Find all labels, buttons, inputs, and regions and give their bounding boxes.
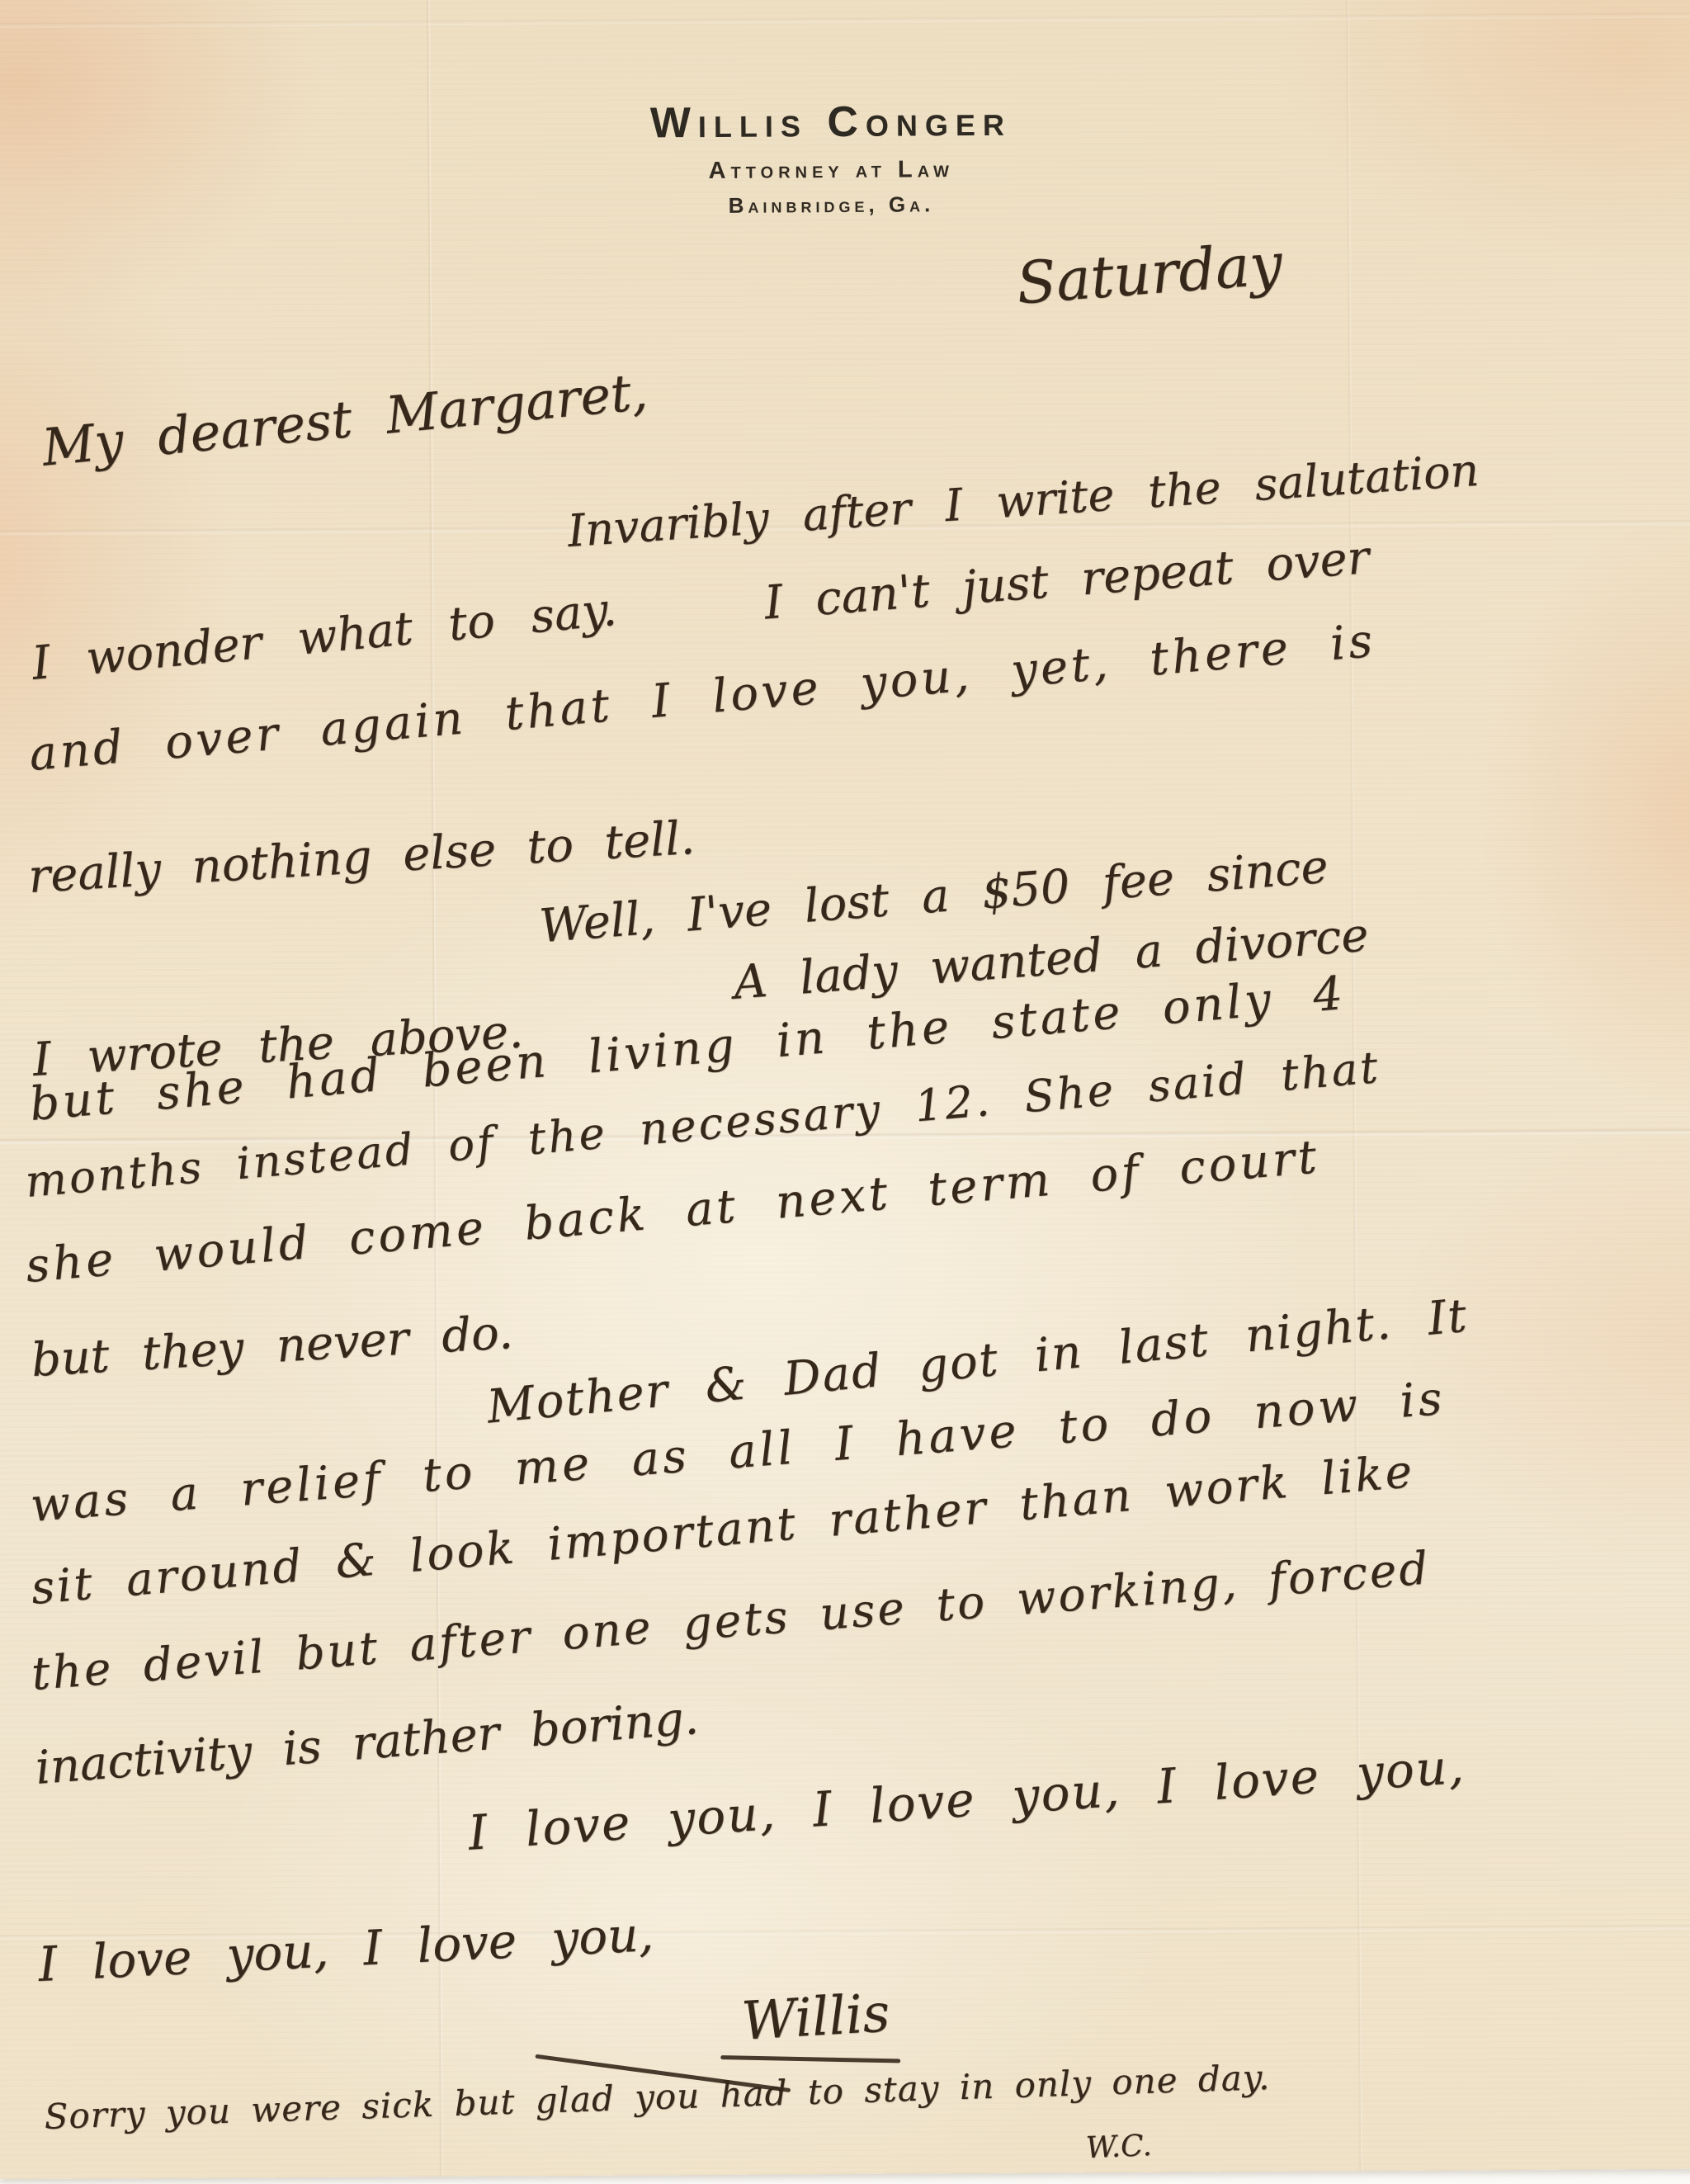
signature: Willis bbox=[740, 1983, 891, 2052]
letterhead: Willis Conger Attorney at Law Bainbridge… bbox=[0, 92, 1677, 224]
letter-line: really nothing else to tell. bbox=[27, 811, 696, 904]
letter-line: inactivity is rather boring. bbox=[34, 1691, 701, 1795]
signature-underline-stroke bbox=[720, 2055, 900, 2063]
letter-line: I love you, I love you, I love you, bbox=[466, 1738, 1466, 1861]
date-line: Saturday bbox=[1014, 229, 1285, 317]
letter-line: but they never do. bbox=[30, 1306, 514, 1387]
letterhead-title: Attorney at Law bbox=[0, 152, 1676, 190]
letterhead-name: Willis Conger bbox=[0, 92, 1676, 153]
postscript: Sorry you were sick but glad you had to … bbox=[44, 2057, 1271, 2137]
salutation: My dearest Margaret, bbox=[40, 361, 650, 477]
postscript-initials: W.C. bbox=[1085, 2129, 1152, 2165]
letter-line: I can't just repeat over bbox=[762, 531, 1371, 631]
letter-paper: Willis Conger Attorney at Law Bainbridge… bbox=[0, 0, 1690, 2179]
scanned-letter-page: Willis Conger Attorney at Law Bainbridge… bbox=[0, 0, 1690, 2184]
letterhead-city: Bainbridge, Ga. bbox=[0, 187, 1677, 224]
fold-crease-top bbox=[0, 13, 1690, 30]
letter-line: I wonder what to say. bbox=[30, 583, 619, 691]
letter-line: I love you, I love you, bbox=[37, 1906, 655, 1993]
